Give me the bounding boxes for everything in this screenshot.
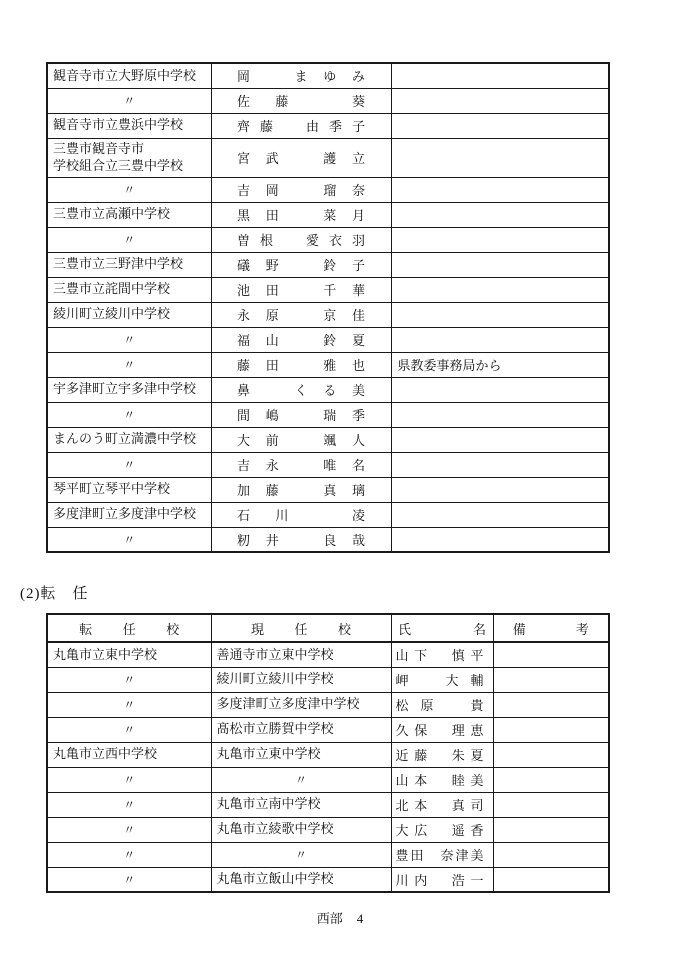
school-cell: 観音寺市立大野原中学校 bbox=[47, 63, 211, 88]
school-cell: 〃 bbox=[47, 402, 211, 427]
name-cell: 近藤 朱夏 bbox=[391, 742, 493, 767]
person-name: 岬 大輔 bbox=[396, 670, 484, 689]
current-school-cell: 〃 bbox=[211, 767, 391, 792]
person-name: 久保 理恵 bbox=[396, 720, 484, 739]
school-cell: 三豊市立詫間中学校 bbox=[47, 277, 211, 302]
destination-school-cell: 〃 bbox=[47, 692, 211, 717]
table-row: 三豊市観音寺市 学校組合立三豊中学校 宮武 護立 bbox=[47, 138, 609, 177]
table-row: 丸亀市立東中学校 善通寺市立東中学校 山下 慎平 bbox=[47, 642, 609, 667]
destination-school-cell: 〃 bbox=[47, 792, 211, 817]
table-row: 三豊市立三野津中学校 礒野 鈴子 bbox=[47, 252, 609, 277]
remark-cell bbox=[391, 177, 609, 202]
table-row: 〃 吉永 唯名 bbox=[47, 452, 609, 477]
person-name: 永原 京佳 bbox=[237, 305, 365, 324]
person-name: 籾井 良哉 bbox=[237, 530, 365, 549]
table-row: 〃 丸亀市立南中学校 北本 真司 bbox=[47, 792, 609, 817]
remark-cell bbox=[391, 202, 609, 227]
table-row: 〃 吉岡 瑠奈 bbox=[47, 177, 609, 202]
remark-cell bbox=[391, 63, 609, 88]
person-name: 豊田 奈津美 bbox=[396, 845, 484, 864]
remark-cell bbox=[391, 113, 609, 138]
name-cell: 籾井 良哉 bbox=[211, 527, 391, 552]
header-name: 氏名 bbox=[391, 614, 493, 642]
destination-school-cell: 〃 bbox=[47, 867, 211, 892]
person-name: 大前 颯人 bbox=[237, 430, 365, 449]
current-school-cell: 丸亀市立東中学校 bbox=[211, 742, 391, 767]
current-school-cell: 丸亀市立飯山中学校 bbox=[211, 867, 391, 892]
remark-cell bbox=[391, 377, 609, 402]
document-page: 観音寺市立大野原中学校 岡 まゆみ 〃 佐藤 葵 観音寺市立豊浜中学校 齊藤 由… bbox=[0, 0, 680, 961]
school-cell: 宇多津町立宇多津中学校 bbox=[47, 377, 211, 402]
person-name: 福山 鈴夏 bbox=[237, 330, 365, 349]
destination-school-cell: 〃 bbox=[47, 842, 211, 867]
table-row: 〃 〃 豊田 奈津美 bbox=[47, 842, 609, 867]
section-title-transfers: (2)転 任 bbox=[20, 582, 89, 603]
name-cell: 齊藤 由季子 bbox=[211, 113, 391, 138]
remark-cell bbox=[391, 277, 609, 302]
table-row: 〃 綾川町立綾川中学校 岬 大輔 bbox=[47, 667, 609, 692]
person-name: 松原 貴 bbox=[396, 695, 484, 714]
remark-cell bbox=[391, 302, 609, 327]
person-name: 鼻 くる美 bbox=[237, 380, 365, 399]
table-row: 綾川町立綾川中学校 永原 京佳 bbox=[47, 302, 609, 327]
person-name: 加藤 真璃 bbox=[237, 480, 365, 499]
remark-cell: 県教委事務局から bbox=[391, 352, 609, 377]
remark-cell bbox=[391, 88, 609, 113]
table-row: 〃 〃 山本 睦美 bbox=[47, 767, 609, 792]
table-row: 〃 丸亀市立飯山中学校 川内 浩一 bbox=[47, 867, 609, 892]
person-name: 石川 凌 bbox=[237, 505, 365, 524]
person-name: 川内 浩一 bbox=[396, 870, 484, 889]
name-cell: 豊田 奈津美 bbox=[391, 842, 493, 867]
name-cell: 久保 理恵 bbox=[391, 717, 493, 742]
footer-region-label: 西部 bbox=[317, 911, 343, 926]
name-cell: 黒田 菜月 bbox=[211, 202, 391, 227]
school-cell: 三豊市観音寺市 学校組合立三豊中学校 bbox=[47, 138, 211, 177]
table-row: 三豊市立詫間中学校 池田 千華 bbox=[47, 277, 609, 302]
name-cell: 礒野 鈴子 bbox=[211, 252, 391, 277]
table-row: 〃 籾井 良哉 bbox=[47, 527, 609, 552]
destination-school-cell: 丸亀市立西中学校 bbox=[47, 742, 211, 767]
person-name: 岡 まゆみ bbox=[237, 66, 365, 85]
person-name: 佐藤 葵 bbox=[237, 91, 365, 110]
person-name: 曽根 愛衣羽 bbox=[237, 230, 365, 249]
table-row: 〃 佐藤 葵 bbox=[47, 88, 609, 113]
table-row: 〃 曽根 愛衣羽 bbox=[47, 227, 609, 252]
table-row: 〃 間嶋 瑞季 bbox=[47, 402, 609, 427]
table-row: 琴平町立琴平中学校 加藤 真璃 bbox=[47, 477, 609, 502]
current-school-cell: 善通寺市立東中学校 bbox=[211, 642, 391, 667]
transfers-table: 転任校 現任校 氏名 備考 丸亀市立東中学校 善通寺市立東中学校 山下 慎平 〃… bbox=[46, 613, 610, 893]
destination-school-cell: 〃 bbox=[47, 767, 211, 792]
name-cell: 間嶋 瑞季 bbox=[211, 402, 391, 427]
person-name: 吉永 唯名 bbox=[237, 455, 365, 474]
person-name: 池田 千華 bbox=[237, 280, 365, 299]
remark-cell bbox=[391, 502, 609, 527]
name-cell: 松原 貴 bbox=[391, 692, 493, 717]
remark-cell bbox=[493, 767, 609, 792]
remark-cell bbox=[493, 842, 609, 867]
table-row: 〃 多度津町立多度津中学校 松原 貴 bbox=[47, 692, 609, 717]
current-school-cell: 丸亀市立綾歌中学校 bbox=[211, 817, 391, 842]
remark-cell bbox=[493, 817, 609, 842]
school-cell: 〃 bbox=[47, 88, 211, 113]
header-remark: 備考 bbox=[493, 614, 609, 642]
person-name: 大広 遥香 bbox=[396, 820, 484, 839]
name-cell: 宮武 護立 bbox=[211, 138, 391, 177]
destination-school-cell: 〃 bbox=[47, 817, 211, 842]
name-cell: 福山 鈴夏 bbox=[211, 327, 391, 352]
name-cell: 山下 慎平 bbox=[391, 642, 493, 667]
name-cell: 永原 京佳 bbox=[211, 302, 391, 327]
current-school-cell: 綾川町立綾川中学校 bbox=[211, 667, 391, 692]
school-cell: 多度津町立多度津中学校 bbox=[47, 502, 211, 527]
name-cell: 吉永 唯名 bbox=[211, 452, 391, 477]
name-cell: 石川 凌 bbox=[211, 502, 391, 527]
person-name: 宮武 護立 bbox=[237, 148, 365, 167]
header-destination-school: 転任校 bbox=[47, 614, 211, 642]
school-cell: 〃 bbox=[47, 527, 211, 552]
table-row: 〃 丸亀市立綾歌中学校 大広 遥香 bbox=[47, 817, 609, 842]
name-cell: 川内 浩一 bbox=[391, 867, 493, 892]
school-cell: 綾川町立綾川中学校 bbox=[47, 302, 211, 327]
destination-school-cell: 〃 bbox=[47, 667, 211, 692]
remark-cell bbox=[391, 138, 609, 177]
table-row: 観音寺市立豊浜中学校 齊藤 由季子 bbox=[47, 113, 609, 138]
name-cell: 岡 まゆみ bbox=[211, 63, 391, 88]
school-cell: 〃 bbox=[47, 327, 211, 352]
appointments-table: 観音寺市立大野原中学校 岡 まゆみ 〃 佐藤 葵 観音寺市立豊浜中学校 齊藤 由… bbox=[46, 62, 610, 553]
remark-cell bbox=[391, 227, 609, 252]
name-cell: 大広 遥香 bbox=[391, 817, 493, 842]
school-cell: 〃 bbox=[47, 177, 211, 202]
remark-cell bbox=[493, 692, 609, 717]
table-row: 丸亀市立西中学校 丸亀市立東中学校 近藤 朱夏 bbox=[47, 742, 609, 767]
header-current-school: 現任校 bbox=[211, 614, 391, 642]
remark-cell bbox=[391, 327, 609, 352]
remark-cell bbox=[493, 717, 609, 742]
person-name: 礒野 鈴子 bbox=[237, 255, 365, 274]
remark-cell bbox=[391, 252, 609, 277]
school-cell: 〃 bbox=[47, 452, 211, 477]
destination-school-cell: 〃 bbox=[47, 717, 211, 742]
school-cell: 〃 bbox=[47, 227, 211, 252]
school-cell: 観音寺市立豊浜中学校 bbox=[47, 113, 211, 138]
table-row: まんのう町立満濃中学校 大前 颯人 bbox=[47, 427, 609, 452]
table-row: 宇多津町立宇多津中学校 鼻 くる美 bbox=[47, 377, 609, 402]
person-name: 山本 睦美 bbox=[396, 770, 484, 789]
name-cell: 鼻 くる美 bbox=[211, 377, 391, 402]
name-cell: 北本 真司 bbox=[391, 792, 493, 817]
person-name: 黒田 菜月 bbox=[237, 205, 365, 224]
table-row: 観音寺市立大野原中学校 岡 まゆみ bbox=[47, 63, 609, 88]
remark-cell bbox=[493, 867, 609, 892]
name-cell: 大前 颯人 bbox=[211, 427, 391, 452]
school-cell: 〃 bbox=[47, 352, 211, 377]
remark-cell bbox=[391, 402, 609, 427]
table-row: 三豊市立高瀬中学校 黒田 菜月 bbox=[47, 202, 609, 227]
current-school-cell: 丸亀市立南中学校 bbox=[211, 792, 391, 817]
name-cell: 吉岡 瑠奈 bbox=[211, 177, 391, 202]
table-header-row: 転任校 現任校 氏名 備考 bbox=[47, 614, 609, 642]
person-name: 間嶋 瑞季 bbox=[237, 405, 365, 424]
table-row: 多度津町立多度津中学校 石川 凌 bbox=[47, 502, 609, 527]
school-cell: 三豊市立三野津中学校 bbox=[47, 252, 211, 277]
name-cell: 佐藤 葵 bbox=[211, 88, 391, 113]
person-name: 山下 慎平 bbox=[396, 645, 484, 664]
remark-cell bbox=[391, 527, 609, 552]
remark-cell bbox=[391, 427, 609, 452]
current-school-cell: 多度津町立多度津中学校 bbox=[211, 692, 391, 717]
table-row: 〃 福山 鈴夏 bbox=[47, 327, 609, 352]
name-cell: 山本 睦美 bbox=[391, 767, 493, 792]
remark-cell bbox=[493, 642, 609, 667]
school-cell: 琴平町立琴平中学校 bbox=[47, 477, 211, 502]
name-cell: 岬 大輔 bbox=[391, 667, 493, 692]
person-name: 北本 真司 bbox=[396, 795, 484, 814]
person-name: 齊藤 由季子 bbox=[237, 116, 365, 135]
school-cell: まんのう町立満濃中学校 bbox=[47, 427, 211, 452]
name-cell: 加藤 真璃 bbox=[211, 477, 391, 502]
footer-page-number: 4 bbox=[357, 911, 364, 926]
school-cell: 三豊市立高瀬中学校 bbox=[47, 202, 211, 227]
remark-cell bbox=[493, 792, 609, 817]
current-school-cell: 髙松市立勝賀中学校 bbox=[211, 717, 391, 742]
destination-school-cell: 丸亀市立東中学校 bbox=[47, 642, 211, 667]
remark-cell bbox=[391, 477, 609, 502]
table-row: 〃 藤田 雅也 県教委事務局から bbox=[47, 352, 609, 377]
name-cell: 池田 千華 bbox=[211, 277, 391, 302]
remark-cell bbox=[391, 452, 609, 477]
current-school-cell: 〃 bbox=[211, 842, 391, 867]
page-footer: 西部4 bbox=[0, 908, 680, 927]
person-name: 近藤 朱夏 bbox=[396, 745, 484, 764]
name-cell: 藤田 雅也 bbox=[211, 352, 391, 377]
table-row: 〃 髙松市立勝賀中学校 久保 理恵 bbox=[47, 717, 609, 742]
name-cell: 曽根 愛衣羽 bbox=[211, 227, 391, 252]
remark-cell bbox=[493, 742, 609, 767]
person-name: 吉岡 瑠奈 bbox=[237, 180, 365, 199]
remark-cell bbox=[493, 667, 609, 692]
person-name: 藤田 雅也 bbox=[237, 355, 365, 374]
